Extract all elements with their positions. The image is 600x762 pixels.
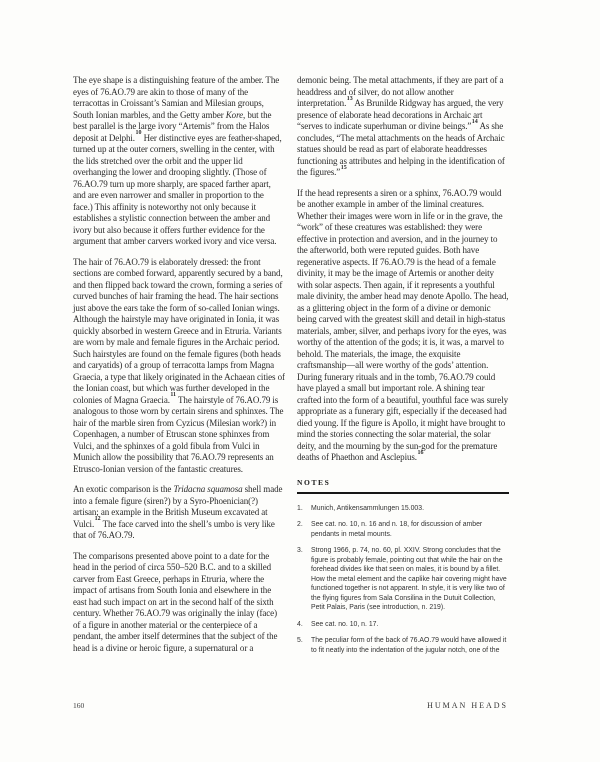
- notes-heading: NOTES: [297, 478, 509, 492]
- footnote-text: Munich, Antikensammlungen 15.003.: [311, 504, 509, 514]
- body-paragraph: If the head represents a siren or a sphi…: [297, 188, 509, 464]
- footnote-text: See cat. no. 10, n. 16 and n. 18, for di…: [311, 520, 509, 539]
- left-text-column: The eye shape is a distinguishing featur…: [73, 75, 285, 663]
- book-page: The eye shape is a distinguishing featur…: [0, 0, 600, 762]
- notes-divider-rule: [297, 492, 509, 494]
- footnote-text: The peculiar form of the back of 76.AO.7…: [311, 636, 509, 655]
- body-paragraph: demonic being. The metal attachments, if…: [297, 75, 509, 179]
- footnote-number: 1.: [297, 504, 311, 514]
- footnote-text: See cat. no. 10, n. 17.: [311, 620, 509, 630]
- body-paragraph: The hair of 76.AO.79 is elaborately dres…: [73, 257, 285, 476]
- footnote: 3. Strong 1966, p. 74, no. 60, pl. XXIV.…: [297, 546, 509, 613]
- body-paragraph: The comparisons presented above point to…: [73, 551, 285, 655]
- right-paragraphs: demonic being. The metal attachments, if…: [297, 75, 509, 464]
- footnote-number: 2.: [297, 520, 311, 539]
- footnote: 1. Munich, Antikensammlungen 15.003.: [297, 504, 509, 514]
- footnote-text: Strong 1966, p. 74, no. 60, pl. XXIV. St…: [311, 546, 509, 613]
- page-number: 160: [73, 701, 84, 710]
- footnote: 4. See cat. no. 10, n. 17.: [297, 620, 509, 630]
- footnote-number: 5.: [297, 636, 311, 655]
- notes-section: NOTES 1. Munich, Antikensammlungen 15.00…: [297, 478, 509, 656]
- footnotes-list: 1. Munich, Antikensammlungen 15.003. 2. …: [297, 504, 509, 656]
- running-head: HUMAN HEADS: [427, 701, 508, 710]
- footnote: 5. The peculiar form of the back of 76.A…: [297, 636, 509, 655]
- body-paragraph: The eye shape is a distinguishing featur…: [73, 75, 285, 248]
- right-text-column: demonic being. The metal attachments, if…: [297, 75, 509, 662]
- footnote: 2. See cat. no. 10, n. 16 and n. 18, for…: [297, 520, 509, 539]
- footnote-number: 4.: [297, 620, 311, 630]
- footnote-number: 3.: [297, 546, 311, 613]
- body-paragraph: An exotic comparison is the Tridacna squ…: [73, 484, 285, 542]
